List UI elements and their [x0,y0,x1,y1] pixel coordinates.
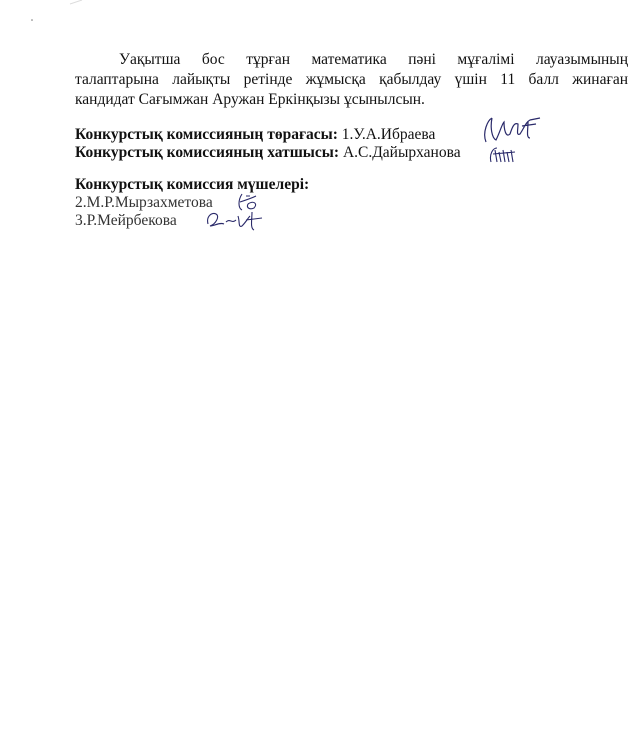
paragraph-line-1: Уақытша бос тұрған математика пәні мұғал… [75,50,628,70]
secretary-name: А.С.Дайырханова [343,144,461,161]
document-page: Уақытша бос тұрған математика пәні мұғал… [0,0,638,752]
scan-artifact-mark [0,0,120,40]
chairman-label: Конкурстық комиссияның төрағасы: [75,126,338,143]
secretary-row: Конкурстық комиссияның хатшысы: А.С.Дайы… [75,144,461,162]
chairman-signature-icon [478,112,548,146]
member-item-1: 2.М.Р.Мырзахметова [75,194,213,212]
chairman-name: 1.У.А.Ибраева [342,126,436,143]
secretary-signature-icon [487,144,519,166]
decision-paragraph: Уақытша бос тұрған математика пәні мұғал… [75,50,628,110]
secretary-label: Конкурстық комиссияның хатшысы: [75,144,339,161]
members-heading: Конкурстық комиссия мүшелері: [75,176,309,194]
member-item-2: 3.Р.Мейрбекова [75,212,177,230]
paragraph-line-3: кандидат Сағымжан Аружан Еркінқызы ұсыны… [75,90,628,110]
paragraph-line-2: талаптарына лайықты ретінде жұмысқа қабы… [75,70,628,90]
chairman-row: Конкурстық комиссияның төрағасы: 1.У.А.И… [75,126,435,144]
member-2-signature-icon [202,208,266,232]
